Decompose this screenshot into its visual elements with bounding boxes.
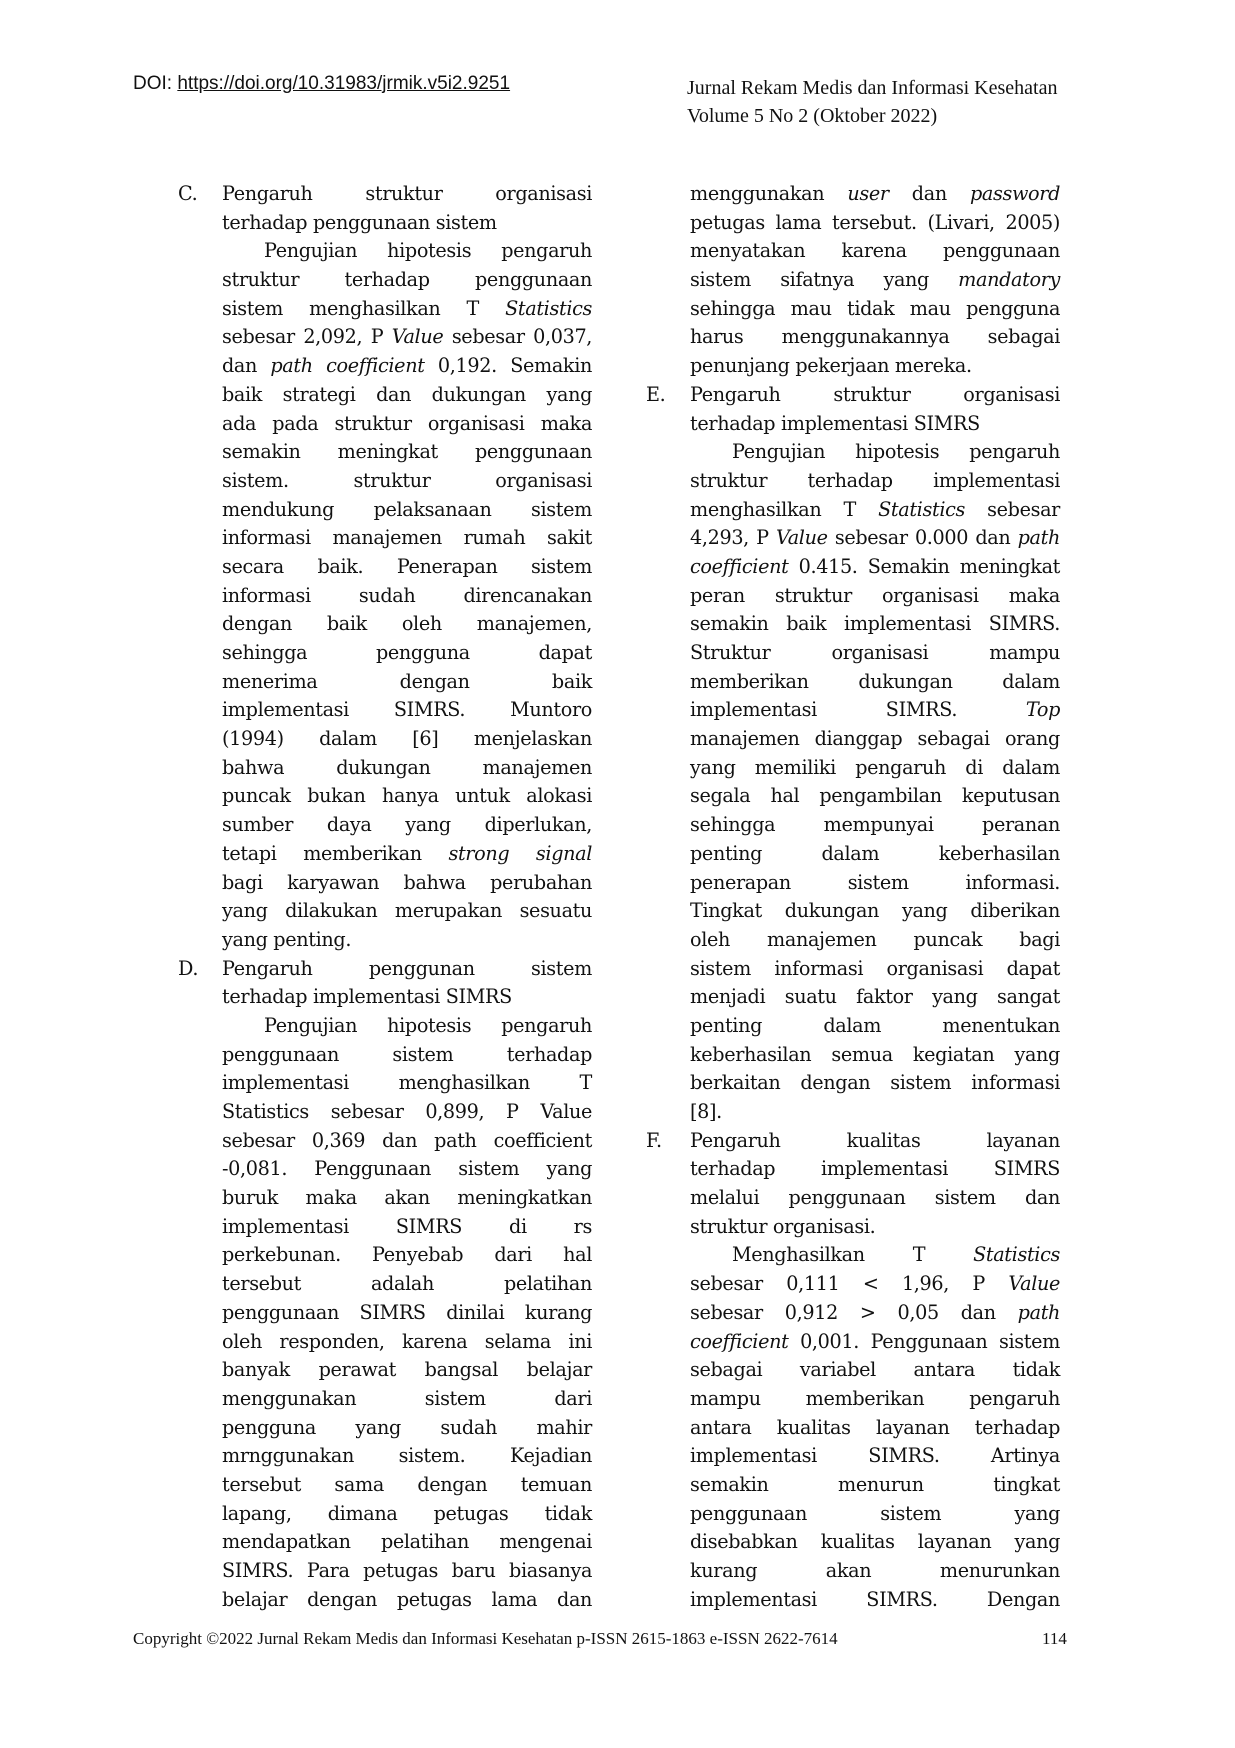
section-d-body-line: Pengujian hipotesis pengaruh: [222, 1012, 592, 1041]
section-c-body-line: sistem menghasilkan T Statistics: [222, 295, 592, 324]
section-f-body-line: penggunaan sistem yang: [690, 1500, 1060, 1529]
section-c-body-line: implementasi SIMRS. Muntoro: [222, 696, 592, 725]
section-e-body-line: penting dalam menentukan: [690, 1012, 1060, 1041]
section-c-body-line: yang penting.: [222, 926, 592, 955]
section-e-body-line: peran struktur organisasi maka: [690, 582, 1060, 611]
journal-header: Jurnal Rekam Medis dan Informasi Kesehat…: [687, 74, 1057, 130]
journal-volume: Volume 5 No 2 (Oktober 2022): [687, 102, 1057, 130]
section-d-body-line: pengguna yang sudah mahir: [222, 1414, 592, 1443]
section-d-body-line: mrnggunakan sistem. Kejadian: [222, 1442, 592, 1471]
section-d-title-line: D.Pengaruh penggunan sistem: [222, 955, 592, 984]
section-e-body-line: memberikan dukungan dalam: [690, 668, 1060, 697]
section-f-title-line: F.Pengaruh kualitas layanan: [690, 1127, 1060, 1156]
section-c-body-line: struktur terhadap penggunaan: [222, 266, 592, 295]
section-c-body-line: sebesar 2,092, P Value sebesar 0,037,: [222, 323, 592, 352]
section-f-title-line: melalui penggunaan sistem dan: [690, 1184, 1060, 1213]
section-e-body-line: manajemen dianggap sebagai orang: [690, 725, 1060, 754]
section-c-body-line: baik strategi dan dukungan yang: [222, 381, 592, 410]
section-f-body-line: coefficient 0,001. Penggunaan sistem: [690, 1328, 1060, 1357]
continuation-line: menyatakan karena penggunaan: [690, 237, 1060, 266]
section-d-body-line: perkebunan. Penyebab dari hal: [222, 1241, 592, 1270]
section-f-body-line: antara kualitas layanan terhadap: [690, 1414, 1060, 1443]
section-f-title-line: terhadap implementasi SIMRS: [690, 1155, 1060, 1184]
section-e-body-line: menjadi suatu faktor yang sangat: [690, 983, 1060, 1012]
page-number: 114: [1042, 1629, 1067, 1649]
section-c-body-line: sistem. struktur organisasi: [222, 467, 592, 496]
continuation-line: petugas lama tersebut. (Livari, 2005): [690, 209, 1060, 238]
footer-copyright: Copyright ©2022 Jurnal Rekam Medis dan I…: [133, 1629, 1053, 1649]
section-f-body-line: mampu memberikan pengaruh: [690, 1385, 1060, 1414]
section-f-title-line: struktur organisasi.: [690, 1213, 1060, 1242]
section-c-body-line: mendukung pelaksanaan sistem: [222, 496, 592, 525]
journal-name: Jurnal Rekam Medis dan Informasi Kesehat…: [687, 74, 1057, 102]
section-e-body-line: oleh manajemen puncak bagi: [690, 926, 1060, 955]
section-f-body-line: implementasi SIMRS. Artinya: [690, 1442, 1060, 1471]
section-e-body-line: segala hal pengambilan keputusan: [690, 782, 1060, 811]
section-d-body-line: SIMRS. Para petugas baru biasanya: [222, 1557, 592, 1586]
continuation-line: sehingga mau tidak mau pengguna: [690, 295, 1060, 324]
section-c-body-line: informasi sudah direncanakan: [222, 582, 592, 611]
section-c-body-line: tetapi memberikan strong signal: [222, 840, 592, 869]
section-d-body-line: -0,081. Penggunaan sistem yang: [222, 1155, 592, 1184]
section-e-title-line: E.Pengaruh struktur organisasi: [690, 381, 1060, 410]
section-e-title-line: terhadap implementasi SIMRS: [690, 410, 1060, 439]
section-e-body-line: semakin baik implementasi SIMRS.: [690, 610, 1060, 639]
section-c-body-line: informasi manajemen rumah sakit: [222, 524, 592, 553]
section-c-body-line: secara baik. Penerapan sistem: [222, 553, 592, 582]
section-c-body-line: Pengujian hipotesis pengaruh: [222, 237, 592, 266]
section-e-body-line: sehingga mempunyai peranan: [690, 811, 1060, 840]
section-d-body-line: lapang, dimana petugas tidak: [222, 1500, 592, 1529]
section-f-body-line: Menghasilkan T Statistics: [690, 1241, 1060, 1270]
section-d-body-line: buruk maka akan meningkatkan: [222, 1184, 592, 1213]
section-f-body-line: disebabkan kualitas layanan yang: [690, 1528, 1060, 1557]
section-c-body-line: bagi karyawan bahwa perubahan: [222, 869, 592, 898]
section-d-body-line: implementasi SIMRS di rs: [222, 1213, 592, 1242]
section-d-body-line: menggunakan sistem dari: [222, 1385, 592, 1414]
continuation-line: sistem sifatnya yang mandatory: [690, 266, 1060, 295]
section-c-title-line: terhadap penggunaan sistem: [222, 209, 592, 238]
left-column: C.Pengaruh struktur organisasiterhadap p…: [222, 180, 592, 1614]
section-d-body-line: penggunaan SIMRS dinilai kurang: [222, 1299, 592, 1328]
section-f-body-line: sebagai variabel antara tidak: [690, 1356, 1060, 1385]
section-e-body-line: berkaitan dengan sistem informasi: [690, 1069, 1060, 1098]
section-c-body-line: menerima dengan baik: [222, 668, 592, 697]
section-c-body-line: dan path coefficient 0,192. Semakin: [222, 352, 592, 381]
section-e-body-line: Struktur organisasi mampu: [690, 639, 1060, 668]
section-d-body-line: Statistics sebesar 0,899, P Value: [222, 1098, 592, 1127]
section-e-body-line: struktur terhadap implementasi: [690, 467, 1060, 496]
section-f-body-line: implementasi SIMRS. Dengan: [690, 1586, 1060, 1615]
section-d-body-line: mendapatkan pelatihan mengenai: [222, 1528, 592, 1557]
section-c-body-line: sumber daya yang diperlukan,: [222, 811, 592, 840]
section-d-body-line: belajar dengan petugas lama dan: [222, 1586, 592, 1615]
section-c-body-line: dengan baik oleh manajemen,: [222, 610, 592, 639]
section-d-body-line: sebesar 0,369 dan path coefficient: [222, 1127, 592, 1156]
section-e-body-line: Pengujian hipotesis pengaruh: [690, 438, 1060, 467]
section-f-body-line: semakin menurun tingkat: [690, 1471, 1060, 1500]
section-c-body-line: yang dilakukan merupakan sesuatu: [222, 897, 592, 926]
section-e-body-line: keberhasilan semua kegiatan yang: [690, 1041, 1060, 1070]
section-f-body-line: kurang akan menurunkan: [690, 1557, 1060, 1586]
section-e-body-line: [8].: [690, 1098, 1060, 1127]
section-marker: C.: [178, 180, 197, 209]
section-d-body-line: tersebut sama dengan temuan: [222, 1471, 592, 1500]
doi-label: DOI:: [133, 73, 177, 94]
section-d-body-line: oleh responden, karena selama ini: [222, 1328, 592, 1357]
section-marker: F.: [646, 1127, 662, 1156]
section-c-body-line: puncak bukan hanya untuk alokasi: [222, 782, 592, 811]
doi-link[interactable]: https://doi.org/10.31983/jrmik.v5i2.9251: [177, 73, 510, 94]
section-f-body-line: sebesar 0,912 > 0,05 dan path: [690, 1299, 1060, 1328]
continuation-line: menggunakan user dan password: [690, 180, 1060, 209]
section-d-body-line: penggunaan sistem terhadap: [222, 1041, 592, 1070]
section-e-body-line: yang memiliki pengaruh di dalam: [690, 754, 1060, 783]
section-e-body-line: 4,293, P Value sebesar 0.000 dan path: [690, 524, 1060, 553]
section-d-body-line: tersebut adalah pelatihan: [222, 1270, 592, 1299]
section-c-body-line: bahwa dukungan manajemen: [222, 754, 592, 783]
doi-header: DOI: https://doi.org/10.31983/jrmik.v5i2…: [133, 73, 510, 95]
section-e-body-line: coefficient 0.415. Semakin meningkat: [690, 553, 1060, 582]
section-c-title-line: C.Pengaruh struktur organisasi: [222, 180, 592, 209]
section-d-title-line: terhadap implementasi SIMRS: [222, 983, 592, 1012]
section-e-body-line: penerapan sistem informasi.: [690, 869, 1060, 898]
section-e-body-line: sistem informasi organisasi dapat: [690, 955, 1060, 984]
section-e-body-line: Tingkat dukungan yang diberikan: [690, 897, 1060, 926]
section-c-body-line: sehingga pengguna dapat: [222, 639, 592, 668]
section-e-body-line: menghasilkan T Statistics sebesar: [690, 496, 1060, 525]
section-d-body-line: implementasi menghasilkan T: [222, 1069, 592, 1098]
section-c-body-line: ada pada struktur organisasi maka: [222, 410, 592, 439]
section-e-body-line: penting dalam keberhasilan: [690, 840, 1060, 869]
right-column: menggunakan user dan passwordpetugas lam…: [690, 180, 1060, 1614]
section-c-body-line: (1994) dalam [6] menjelaskan: [222, 725, 592, 754]
continuation-line: penunjang pekerjaan mereka.: [690, 352, 1060, 381]
section-e-body-line: implementasi SIMRS. Top: [690, 696, 1060, 725]
section-f-body-line: sebesar 0,111 < 1,96, P Value: [690, 1270, 1060, 1299]
section-marker: E.: [646, 381, 665, 410]
section-d-body-line: banyak perawat bangsal belajar: [222, 1356, 592, 1385]
continuation-line: harus menggunakannya sebagai: [690, 323, 1060, 352]
section-marker: D.: [178, 955, 198, 984]
section-c-body-line: semakin meningkat penggunaan: [222, 438, 592, 467]
